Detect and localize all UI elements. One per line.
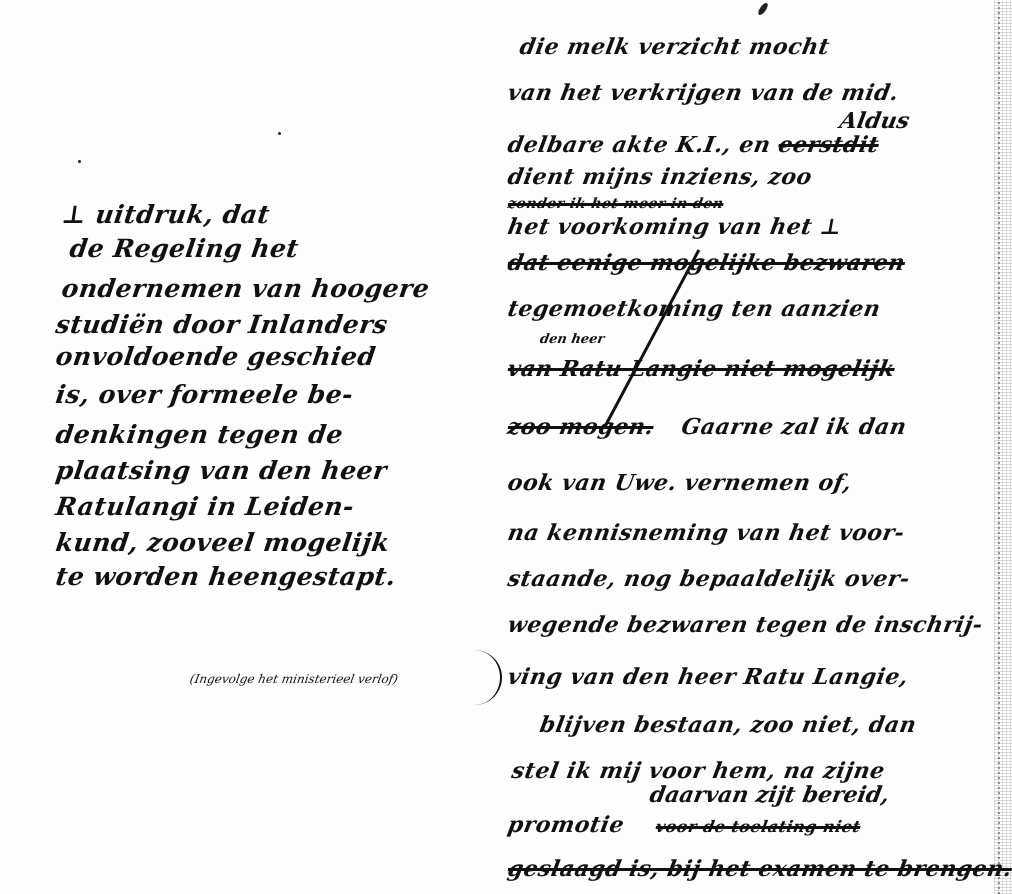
right-line-text: delbare akte K.I., en	[506, 132, 773, 158]
ink-speck	[78, 160, 81, 163]
right-line: promotie voor de toelating niet	[506, 812, 863, 838]
struck-text: voor de toelating niet	[654, 817, 862, 836]
right-line: stel ik mij voor hem, na zijne	[510, 758, 887, 784]
left-line: ondernemen van hoogere	[60, 274, 431, 303]
right-line: tegemoetkoming ten aanzien	[506, 296, 883, 322]
right-line-text: promotie	[506, 812, 627, 838]
right-line: het voorkoming van het ⊥	[506, 214, 844, 240]
struck-line: dat eenige mogelijke bezwaren	[506, 250, 907, 276]
left-line: studiën door Inlanders	[54, 310, 390, 339]
right-line: wegende bezwaren tegen de inschrij-	[506, 612, 985, 638]
right-line: blijven bestaan, zoo niet, dan	[538, 712, 919, 738]
right-line: ving van den heer Ratu Langie,	[506, 664, 911, 690]
right-line: zoo mogen. Gaarne zal ik dan	[506, 414, 909, 440]
page-edge	[994, 0, 1012, 894]
struck-text: zoo mogen.	[506, 414, 656, 440]
insertion-above-line: daarvan zijt bereid,	[648, 782, 892, 808]
right-line: dient mijns inziens, zoo	[506, 164, 815, 190]
insertion-above-line: Aldus	[838, 108, 912, 134]
bracket-mark	[470, 650, 502, 705]
left-line: denkingen tegen de	[54, 420, 345, 449]
left-line: plaatsing van den heer	[54, 456, 389, 485]
insertion-above-line: den heer	[539, 332, 606, 347]
ink-speck	[278, 132, 281, 135]
struck-line: zonder ik het meer in den	[507, 196, 725, 212]
right-line: ook van Uwe. vernemen of,	[506, 470, 854, 496]
right-line-text: Gaarne zal ik dan	[679, 414, 908, 440]
right-line: die melk verzicht mocht	[518, 34, 832, 60]
left-line: is, over formeele be-	[54, 380, 355, 409]
struck-line: geslaagd is, bij het examen te brengen.	[506, 856, 1012, 882]
right-line: staande, nog bepaaldelijk over-	[506, 566, 912, 592]
manuscript-page: ⊥ uitdruk, dat de Regeling het onderneme…	[0, 0, 1012, 894]
left-line: ⊥ uitdruk, dat	[60, 200, 272, 229]
right-line: van het verkrijgen van de mid.	[506, 80, 901, 106]
page-edge-line	[998, 0, 1000, 894]
struck-text: eerstdit	[776, 132, 881, 158]
left-line: onvoldoende geschied	[54, 342, 378, 371]
left-line: kund, zooveel mogelijk	[54, 528, 392, 557]
right-line: na kennisneming van het voor-	[506, 520, 907, 546]
right-line: delbare akte K.I., en eerstdit	[506, 132, 881, 158]
ink-mark	[757, 2, 770, 17]
left-line: de Regeling het	[68, 234, 301, 263]
left-line: te worden heengestapt.	[54, 562, 398, 591]
left-line: Ratulangi in Leiden-	[54, 492, 356, 521]
margin-note: (Ingevolge het ministerieel verlof)	[189, 672, 399, 686]
struck-line: van Ratu Langie niet mogelijk	[506, 356, 897, 382]
